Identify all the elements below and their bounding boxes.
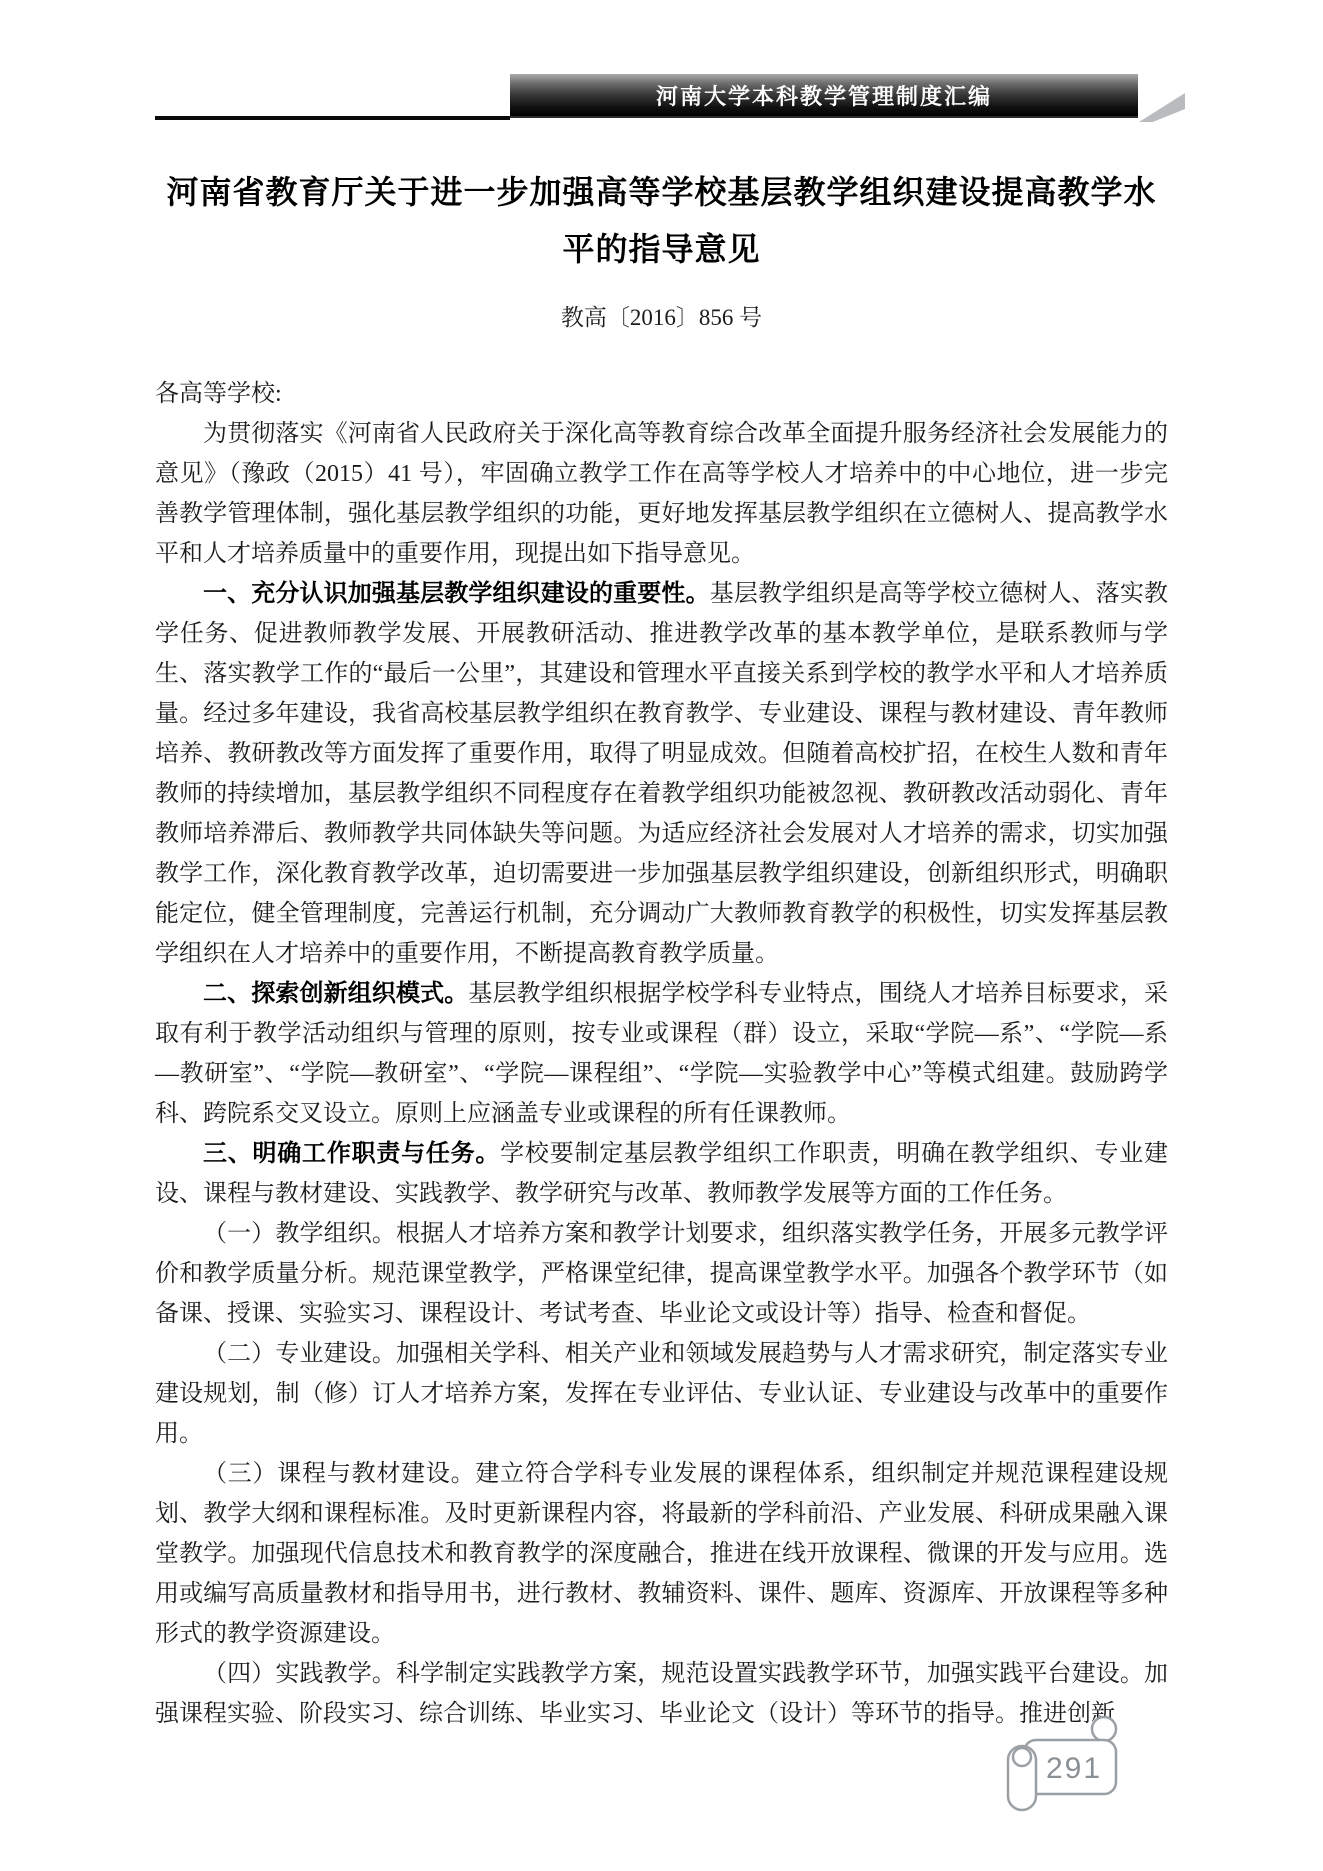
paragraph-lead: 二、探索创新组织模式。 [203, 980, 468, 1007]
scroll-roll-top-icon [1092, 1717, 1116, 1741]
doc-paragraph-item-2: （二）专业建设。加强相关学科、相关产业和领域发展趋势与人才需求研究，制定落实专业… [155, 1334, 1168, 1454]
document-title: 河南省教育厅关于进一步加强高等学校基层教学组织建设提高教学水 平的指导意见 [155, 164, 1168, 278]
paragraph-text: 基层教学组织是高等学校立德树人、落实教学任务、促进教师教学发展、开展教研活动、推… [155, 581, 1168, 967]
paragraph-text: （一）教学组织。根据人才培养方案和教学计划要求，组织落实教学任务，开展多元教学评… [155, 1221, 1168, 1327]
doc-paragraph-item-1: （一）教学组织。根据人才培养方案和教学计划要求，组织落实教学任务，开展多元教学评… [155, 1214, 1168, 1334]
paragraph-text: 为贯彻落实《河南省人民政府关于深化高等教育综合改革全面提升服务经济社会发展能力的… [155, 421, 1168, 567]
document-title-line-2: 平的指导意见 [155, 221, 1168, 278]
paragraph-lead: 一、充分认识加强基层教学组织建设的重要性。 [203, 580, 710, 607]
page-number: 291 [1046, 1752, 1102, 1785]
header-banner: 河南大学本科教学管理制度汇编 [510, 74, 1138, 118]
paragraph-text: （三）课程与教材建设。建立符合学科专业发展的课程体系，组织制定并规范课程建设规划… [155, 1461, 1168, 1647]
doc-paragraph-intro: 为贯彻落实《河南省人民政府关于深化高等教育综合改革全面提升服务经济社会发展能力的… [155, 414, 1168, 574]
doc-paragraph-item-3: （三）课程与教材建设。建立符合学科专业发展的课程体系，组织制定并规范课程建设规划… [155, 1454, 1168, 1654]
body-text: 为贯彻落实《河南省人民政府关于深化高等教育综合改革全面提升服务经济社会发展能力的… [155, 414, 1168, 1734]
document-number: 教高〔2016〕856 号 [155, 298, 1168, 338]
document-page: 河南大学本科教学管理制度汇编 河南省教育厅关于进一步加强高等学校基层教学组织建设… [0, 0, 1323, 1871]
doc-paragraph-section-2: 二、探索创新组织模式。基层教学组织根据学校学科专业特点，围绕人才培养目标要求，采… [155, 974, 1168, 1134]
doc-paragraph-section-1: 一、充分认识加强基层教学组织建设的重要性。基层教学组织是高等学校立德树人、落实教… [155, 574, 1168, 974]
document-content: 河南省教育厅关于进一步加强高等学校基层教学组织建设提高教学水 平的指导意见 教高… [155, 150, 1168, 1734]
paragraph-lead: 三、明确工作职责与任务。 [203, 1140, 500, 1167]
page-number-scroll: 291 [1002, 1712, 1142, 1817]
header-banner-title: 河南大学本科教学管理制度汇编 [656, 80, 992, 111]
doc-paragraph-section-3: 三、明确工作职责与任务。学校要制定基层教学组织工作职责，明确在教学组织、专业建设… [155, 1134, 1168, 1214]
scroll-curl-icon [1013, 1748, 1031, 1766]
paragraph-text: （二）专业建设。加强相关学科、相关产业和领域发展趋势与人才需求研究，制定落实专业… [155, 1341, 1168, 1447]
salutation: 各高等学校: [155, 374, 1168, 414]
document-title-line-1: 河南省教育厅关于进一步加强高等学校基层教学组织建设提高教学水 [155, 164, 1168, 221]
header-arrow-decoration-icon [1139, 93, 1185, 122]
header-rule-line [155, 116, 510, 120]
